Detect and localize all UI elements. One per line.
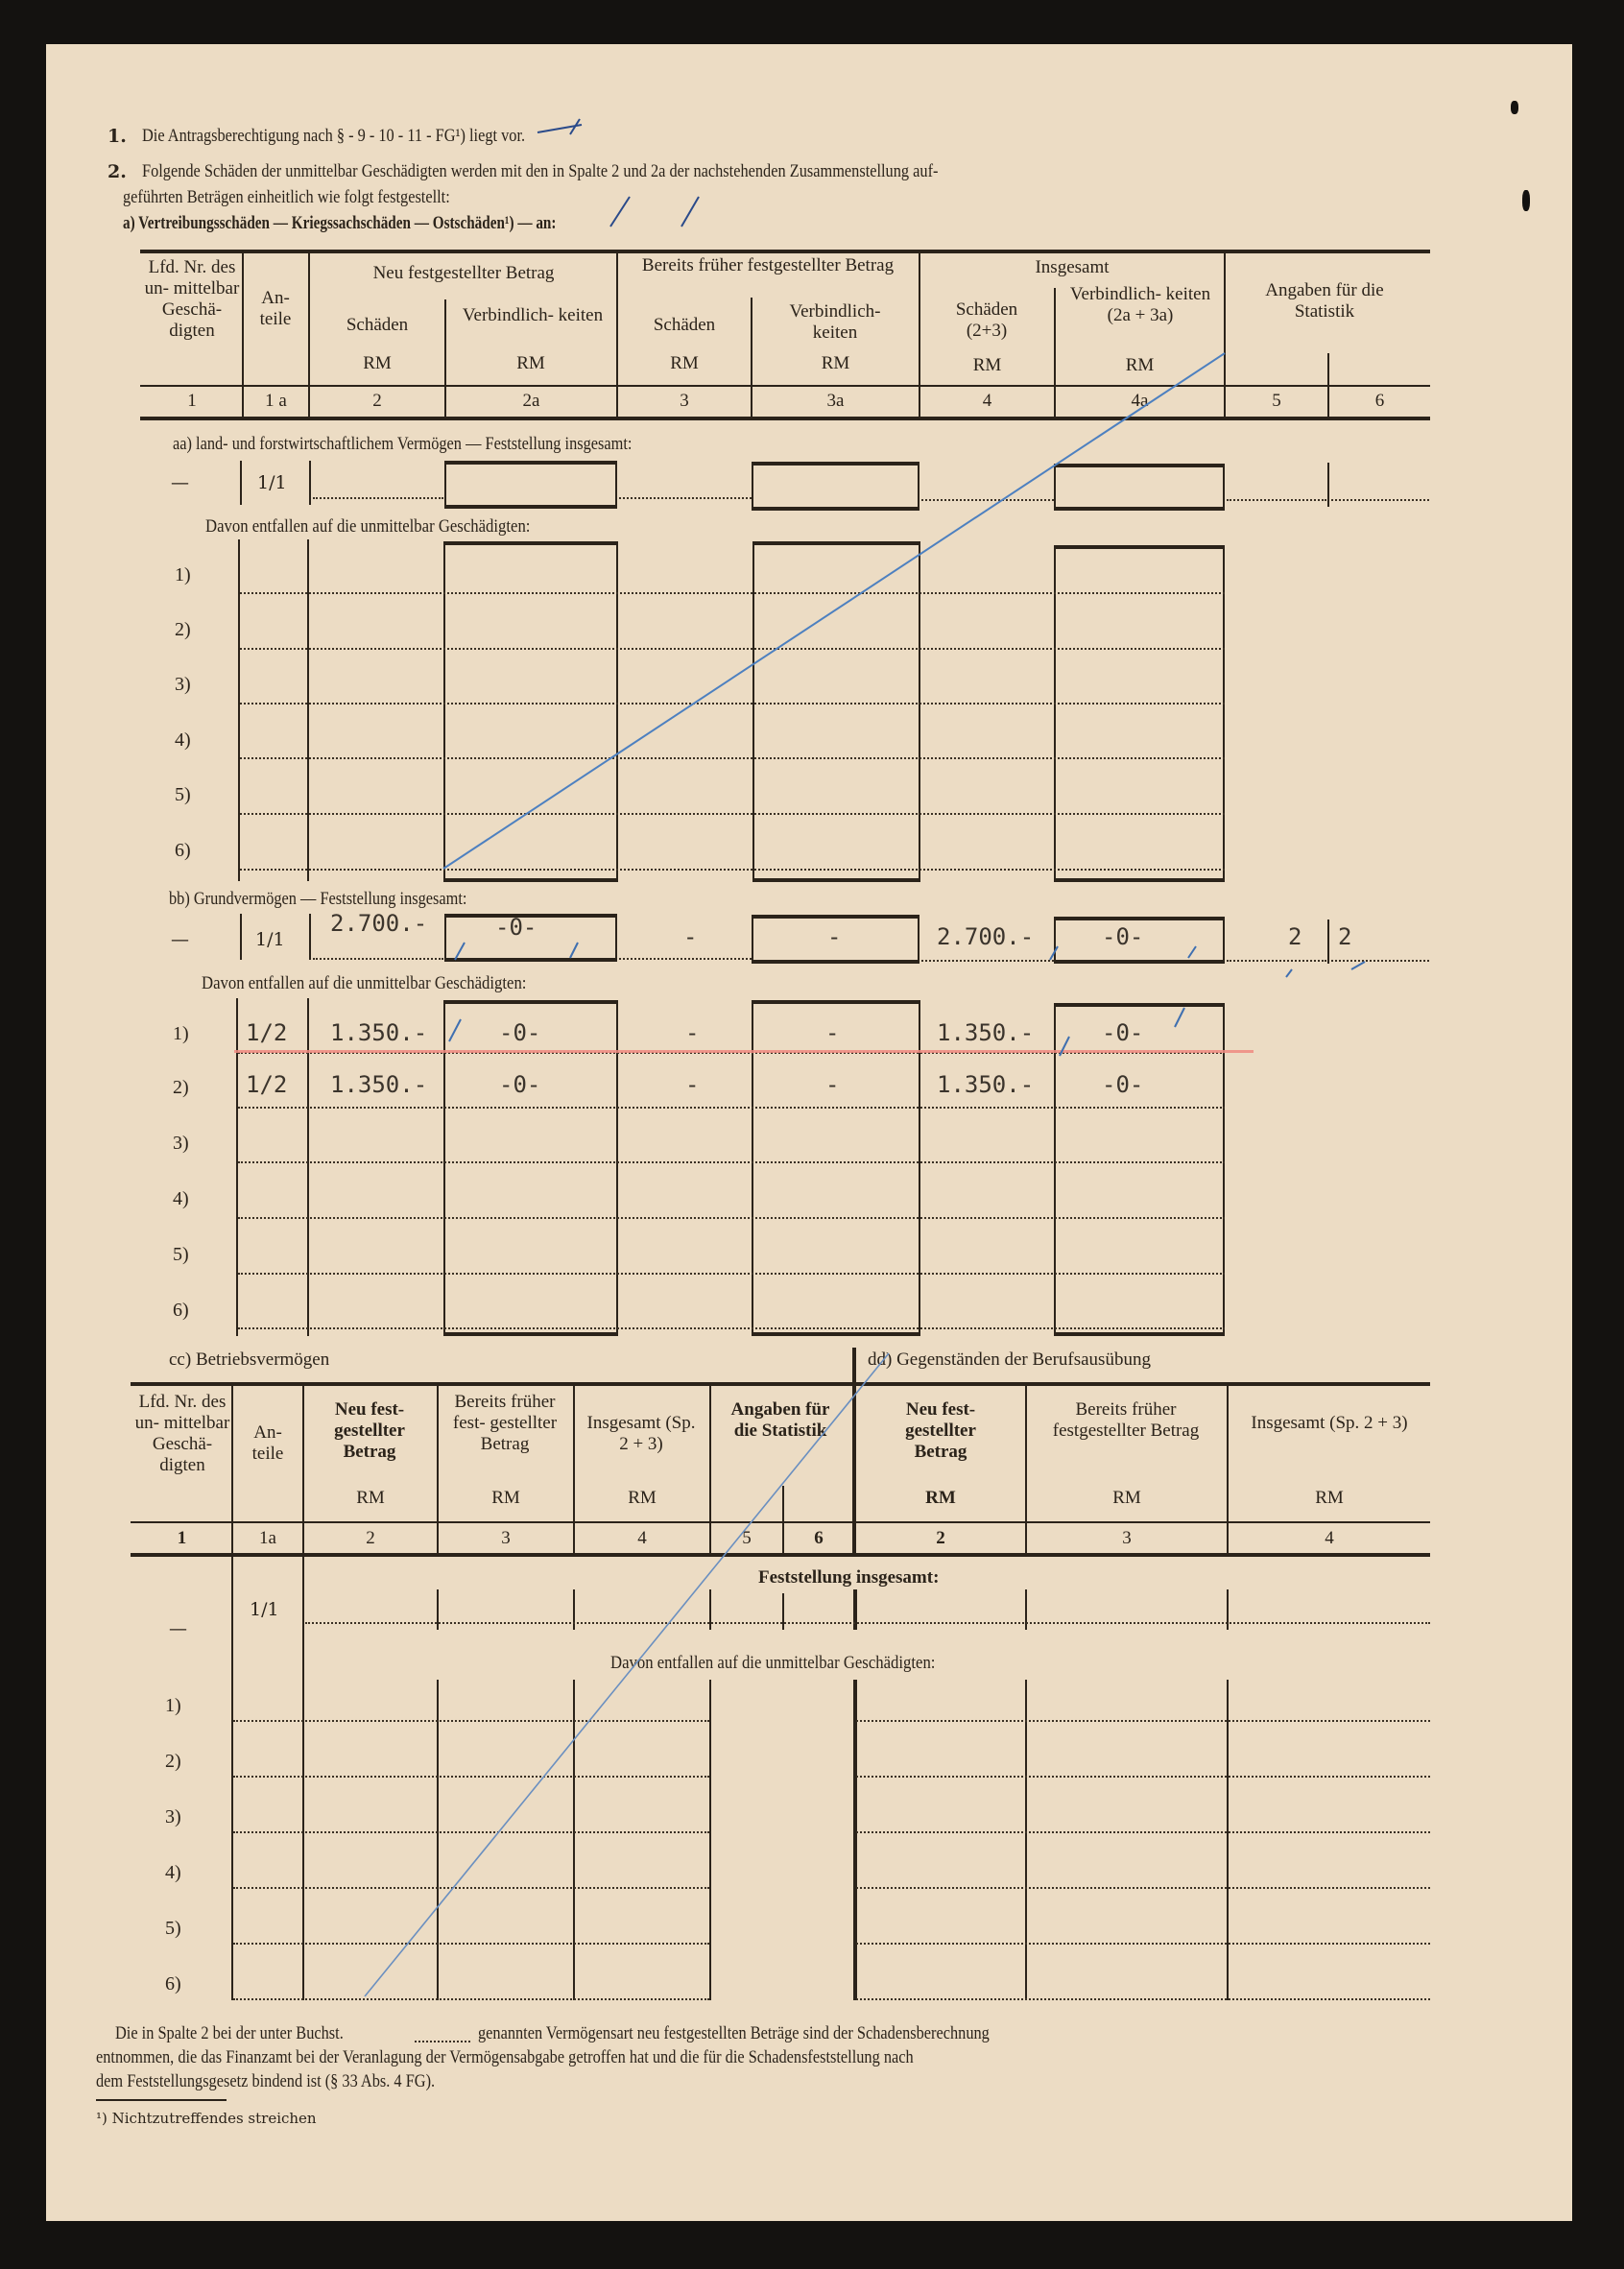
- check-mark: [610, 197, 630, 227]
- diagonal-strike-line: [365, 1353, 889, 1996]
- diagonal-strike-line: [443, 353, 1225, 869]
- check-mark: [681, 197, 699, 227]
- pen-marks: [0, 0, 1624, 2269]
